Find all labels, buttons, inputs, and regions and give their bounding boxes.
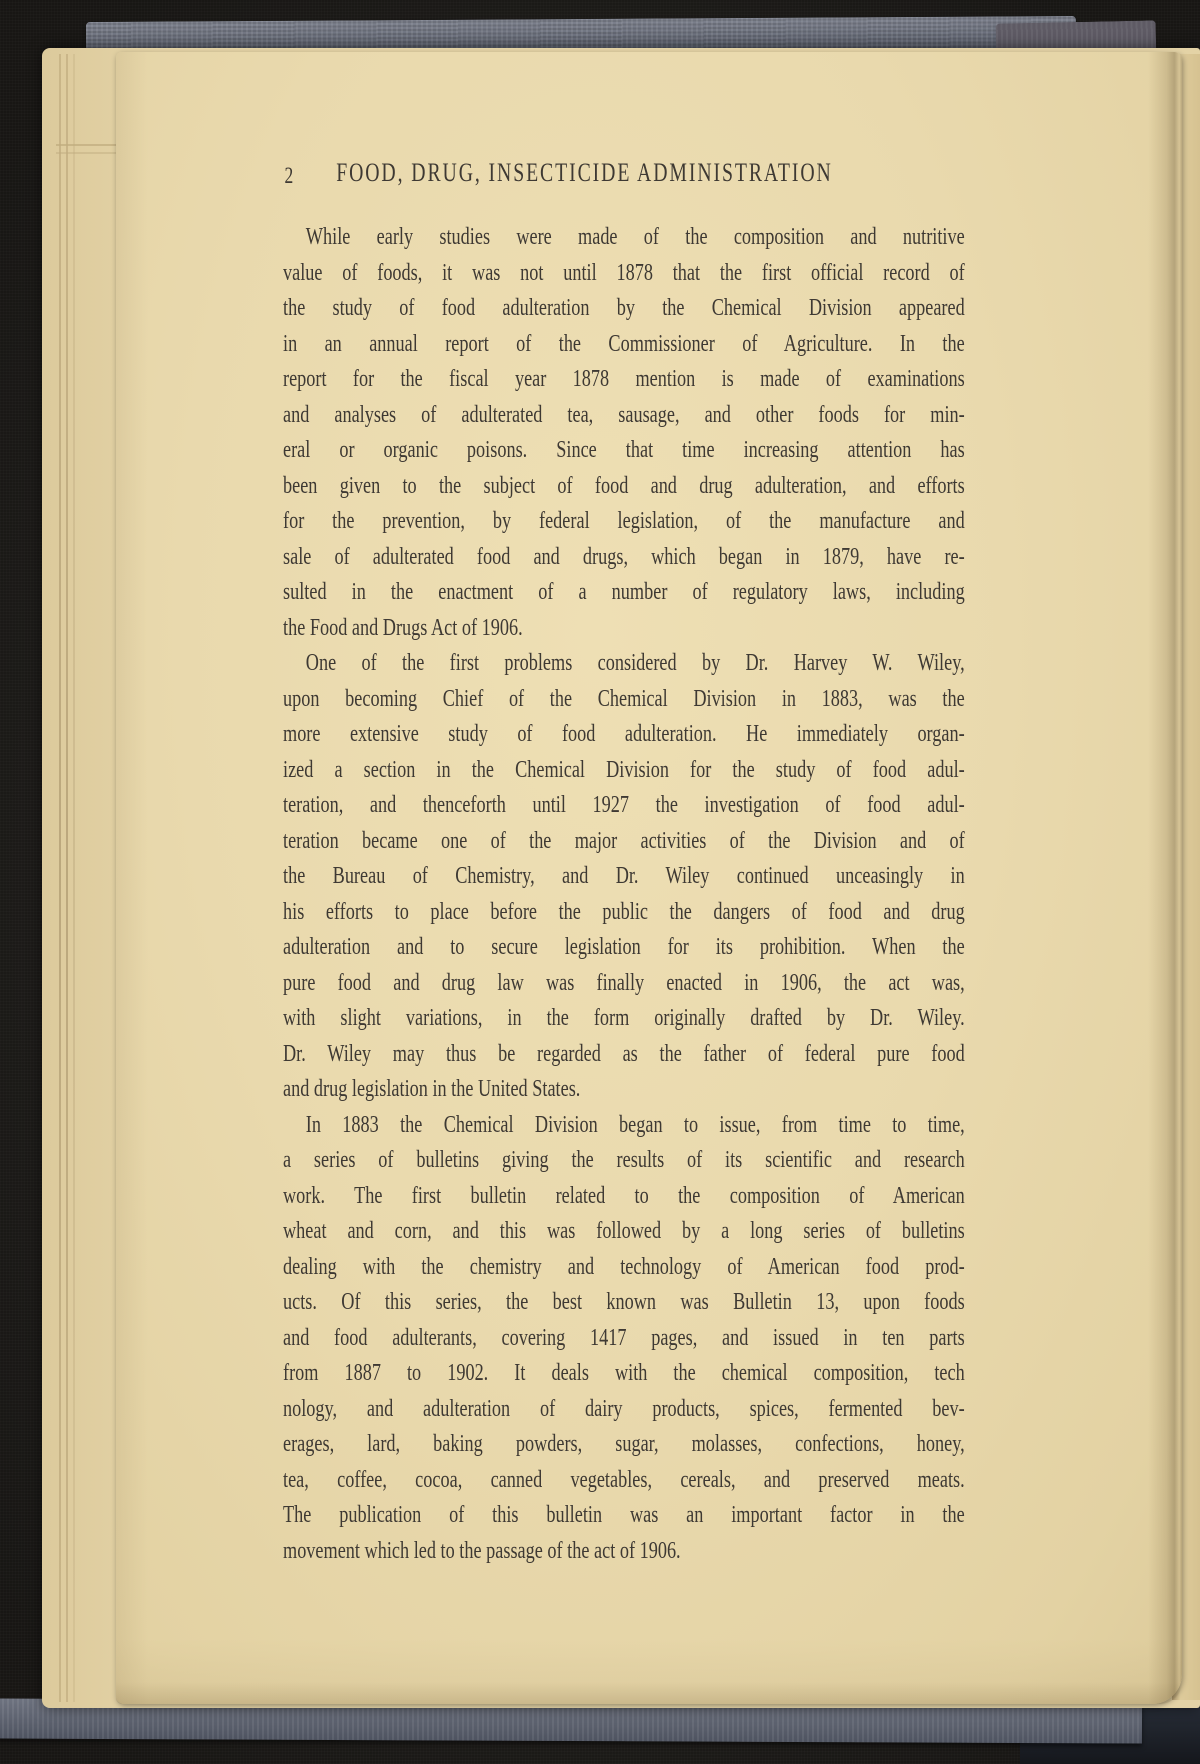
text-line: work. The first bulletin related to the …: [283, 1179, 965, 1215]
page-fold-shadow: [1148, 52, 1182, 1704]
text-line: nology, and adulteration of dairy produc…: [283, 1392, 965, 1428]
page-edge-line: [66, 54, 68, 1702]
text-line: movement which led to the passage of the…: [283, 1534, 965, 1570]
page-curl-shadow: [116, 1682, 1182, 1704]
text-line: sulted in the enactment of a number of r…: [283, 575, 965, 611]
text-line: tea, coffee, cocoa, canned vegetables, c…: [283, 1463, 965, 1499]
text-line: the study of food adulteration by the Ch…: [283, 291, 965, 327]
text-line: ucts. Of this series, the best known was…: [283, 1285, 965, 1321]
text-line: sale of adulterated food and drugs, whic…: [283, 540, 965, 576]
paragraph: In 1883 the Chemical Division began to i…: [283, 1108, 965, 1570]
text-line: his efforts to place before the public t…: [283, 895, 965, 931]
text-line: report for the fiscal year 1878 mention …: [283, 362, 965, 398]
paragraph: One of the first problems considered by …: [283, 646, 965, 1108]
page-number: 2: [285, 163, 295, 189]
text-line: adulteration and to secure legislation f…: [283, 930, 965, 966]
text-line: teration, and thenceforth until 1927 the…: [283, 788, 965, 824]
text-line: teration became one of the major activit…: [283, 824, 965, 860]
text-line: One of the first problems considered by …: [283, 646, 965, 682]
text-line: ized a section in the Chemical Division …: [283, 753, 965, 789]
text-line: and analyses of adulterated tea, sausage…: [283, 398, 965, 434]
running-header-title: FOOD, DRUG, INSECTICIDE ADMINISTRATION: [336, 158, 965, 188]
text-line: the Bureau of Chemistry, and Dr. Wiley c…: [283, 859, 965, 895]
book-photo: 2 FOOD, DRUG, INSECTICIDE ADMINISTRATION…: [0, 0, 1200, 1764]
text-line: value of foods, it was not until 1878 th…: [283, 256, 965, 292]
text-line: erages, lard, baking powders, sugar, mol…: [283, 1427, 965, 1463]
text-line: been given to the subject of food and dr…: [283, 469, 965, 505]
page-content: 2 FOOD, DRUG, INSECTICIDE ADMINISTRATION…: [283, 158, 965, 1569]
paragraph: While early studies were made of the com…: [283, 220, 965, 646]
text-line: in an annual report of the Commissioner …: [283, 327, 965, 363]
page-edge-line: [59, 54, 61, 1702]
text-line: the Food and Drugs Act of 1906.: [283, 611, 965, 647]
text-line: and food adulterants, covering 1417 page…: [283, 1321, 965, 1357]
page-body: While early studies were made of the com…: [283, 220, 965, 1569]
text-line: dealing with the chemistry and technolog…: [283, 1250, 965, 1286]
text-line: and drug legislation in the United State…: [283, 1072, 965, 1108]
text-line: pure food and drug law was finally enact…: [283, 966, 965, 1002]
running-header: 2 FOOD, DRUG, INSECTICIDE ADMINISTRATION: [283, 158, 965, 192]
text-line: from 1887 to 1902. It deals with the che…: [283, 1356, 965, 1392]
text-line: Dr. Wiley may thus be regarded as the fa…: [283, 1037, 965, 1073]
text-line: wheat and corn, and this was followed by…: [283, 1214, 965, 1250]
text-line: eral or organic poisons. Since that time…: [283, 433, 965, 469]
text-line: a series of bulletins giving the results…: [283, 1143, 965, 1179]
text-line: While early studies were made of the com…: [283, 220, 965, 256]
book-page: 2 FOOD, DRUG, INSECTICIDE ADMINISTRATION…: [116, 52, 1182, 1704]
page-edge-line: [73, 54, 75, 1702]
text-line: more extensive study of food adulteratio…: [283, 717, 965, 753]
text-line: with slight variations, in the form orig…: [283, 1001, 965, 1037]
text-line: The publication of this bulletin was an …: [283, 1498, 965, 1534]
text-line: In 1883 the Chemical Division began to i…: [283, 1108, 965, 1144]
text-line: for the prevention, by federal legislati…: [283, 504, 965, 540]
text-line: upon becoming Chief of the Chemical Divi…: [283, 682, 965, 718]
